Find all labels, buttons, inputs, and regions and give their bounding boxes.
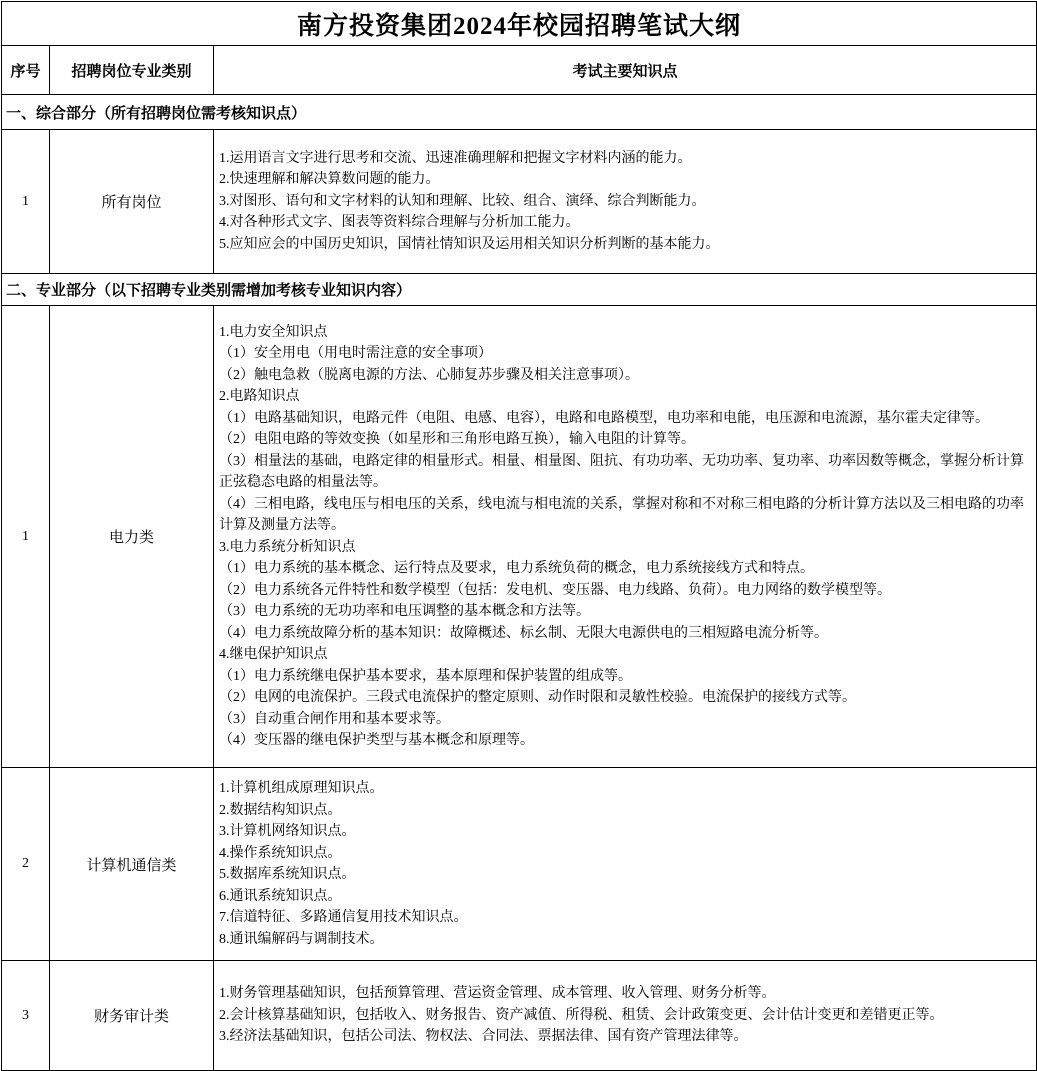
point-line: （2）电阻电路的等效变换（如星形和三角形电路互换），输入电阻的计算等。	[219, 429, 1031, 451]
section-heading: 二、专业部分（以下招聘专业类别需增加考核专业知识内容）	[2, 274, 1037, 306]
category-cell: 计算机通信类	[50, 768, 214, 961]
title-row: 南方投资集团2024年校园招聘笔试大纲	[2, 2, 1037, 46]
table-body: 一、综合部分（所有招聘岗位需考核知识点）1所有岗位1.运用语言文字进行思考和交流…	[2, 95, 1037, 1071]
point-line: 3.经济法基础知识，包括公司法、物权法、合同法、票据法律、国有资产管理法律等。	[219, 1026, 1031, 1048]
row-number: 1	[2, 306, 50, 768]
point-line: （4）电力系统故障分析的基本知识：故障概述、标幺制、无限大电源供电的三相短路电流…	[219, 623, 1031, 645]
col-header-no: 序号	[2, 46, 50, 95]
point-line: 3.电力系统分析知识点	[219, 537, 1031, 559]
section-row: 二、专业部分（以下招聘专业类别需增加考核专业知识内容）	[2, 274, 1037, 306]
point-line: （2）触电急救（脱离电源的方法、心肺复苏步骤及相关注意事项）。	[219, 365, 1031, 387]
point-line: （1）电路基础知识，电路元件（电阻、电感、电容），电路和电路模型，电功率和电能，…	[219, 408, 1031, 430]
point-line: （4）变压器的继电保护类型与基本概念和原理等。	[219, 730, 1031, 752]
table-row: 1所有岗位1.运用语言文字进行思考和交流、迅速准确理解和把握文字材料内涵的能力。…	[2, 130, 1037, 274]
point-line: （1）安全用电（用电时需注意的安全事项）	[219, 343, 1031, 365]
point-line: 1.计算机组成原理知识点。	[219, 778, 1031, 800]
point-line: （3）自动重合闸作用和基本要求等。	[219, 709, 1031, 731]
point-line: 3.对图形、语句和文字材料的认知和理解、比较、组合、演绎、综合判断能力。	[219, 191, 1031, 213]
point-line: 1.运用语言文字进行思考和交流、迅速准确理解和把握文字材料内涵的能力。	[219, 148, 1031, 170]
points-cell: 1.电力安全知识点（1）安全用电（用电时需注意的安全事项）（2）触电急救（脱离电…	[214, 306, 1037, 768]
col-header-category: 招聘岗位专业类别	[50, 46, 214, 95]
column-header-row: 序号 招聘岗位专业类别 考试主要知识点	[2, 46, 1037, 95]
category-cell: 财务审计类	[50, 961, 214, 1071]
point-line: 5.数据库系统知识点。	[219, 864, 1031, 886]
row-number: 3	[2, 961, 50, 1071]
col-header-points: 考试主要知识点	[214, 46, 1037, 95]
point-line: 4.操作系统知识点。	[219, 843, 1031, 865]
page-title: 南方投资集团2024年校园招聘笔试大纲	[2, 2, 1037, 46]
point-line: （4）三相电路，线电压与相电压的关系，线电流与相电流的关系，掌握对称和不对称三相…	[219, 494, 1031, 537]
point-line: （3）相量法的基础，电路定律的相量形式。相量、相量图、阻抗、有功功率、无功功率、…	[219, 451, 1031, 494]
category-cell: 所有岗位	[50, 130, 214, 274]
point-line: （2）电力系统各元件特性和数学模型（包括：发电机、变压器、电力线路、负荷）。电力…	[219, 580, 1031, 602]
point-line: 4.对各种形式文字、图表等资料综合理解与分析加工能力。	[219, 212, 1031, 234]
point-line: 4.继电保护知识点	[219, 644, 1031, 666]
point-line: 2.快速理解和解决算数问题的能力。	[219, 169, 1031, 191]
point-line: 3.计算机网络知识点。	[219, 821, 1031, 843]
point-line: 1.财务管理基础知识，包括预算管理、营运资金管理、成本管理、收入管理、财务分析等…	[219, 983, 1031, 1005]
category-cell: 电力类	[50, 306, 214, 768]
point-line: 1.电力安全知识点	[219, 322, 1031, 344]
row-number: 2	[2, 768, 50, 961]
points-cell: 1.计算机组成原理知识点。2.数据结构知识点。3.计算机网络知识点。4.操作系统…	[214, 768, 1037, 961]
point-line: 7.信道特征、多路通信复用技术知识点。	[219, 907, 1031, 929]
table-row: 1电力类1.电力安全知识点（1）安全用电（用电时需注意的安全事项）（2）触电急救…	[2, 306, 1037, 768]
point-line: （1）电力系统的基本概念、运行特点及要求，电力系统负荷的概念，电力系统接线方式和…	[219, 558, 1031, 580]
row-number: 1	[2, 130, 50, 274]
point-line: 5.应知应会的中国历史知识，国情社情知识及运用相关知识分析判断的基本能力。	[219, 234, 1031, 256]
point-line: 2.会计核算基础知识，包括收入、财务报告、资产减值、所得税、租赁、会计政策变更、…	[219, 1005, 1031, 1027]
point-line: 8.通讯编解码与调制技术。	[219, 929, 1031, 951]
table-row: 2计算机通信类1.计算机组成原理知识点。2.数据结构知识点。3.计算机网络知识点…	[2, 768, 1037, 961]
point-line: （3）电力系统的无功功率和电压调整的基本概念和方法等。	[219, 601, 1031, 623]
points-cell: 1.财务管理基础知识，包括预算管理、营运资金管理、成本管理、收入管理、财务分析等…	[214, 961, 1037, 1071]
point-line: 2.数据结构知识点。	[219, 800, 1031, 822]
point-line: 2.电路知识点	[219, 386, 1031, 408]
section-heading: 一、综合部分（所有招聘岗位需考核知识点）	[2, 95, 1037, 130]
point-line: （1）电力系统继电保护基本要求，基本原理和保护装置的组成等。	[219, 666, 1031, 688]
point-line: 6.通讯系统知识点。	[219, 886, 1031, 908]
section-row: 一、综合部分（所有招聘岗位需考核知识点）	[2, 95, 1037, 130]
points-cell: 1.运用语言文字进行思考和交流、迅速准确理解和把握文字材料内涵的能力。2.快速理…	[214, 130, 1037, 274]
exam-outline-table: 南方投资集团2024年校园招聘笔试大纲 序号 招聘岗位专业类别 考试主要知识点 …	[1, 1, 1037, 1071]
point-line: （2）电网的电流保护。三段式电流保护的整定原则、动作时限和灵敏性校验。电流保护的…	[219, 687, 1031, 709]
table-row: 3财务审计类1.财务管理基础知识，包括预算管理、营运资金管理、成本管理、收入管理…	[2, 961, 1037, 1071]
